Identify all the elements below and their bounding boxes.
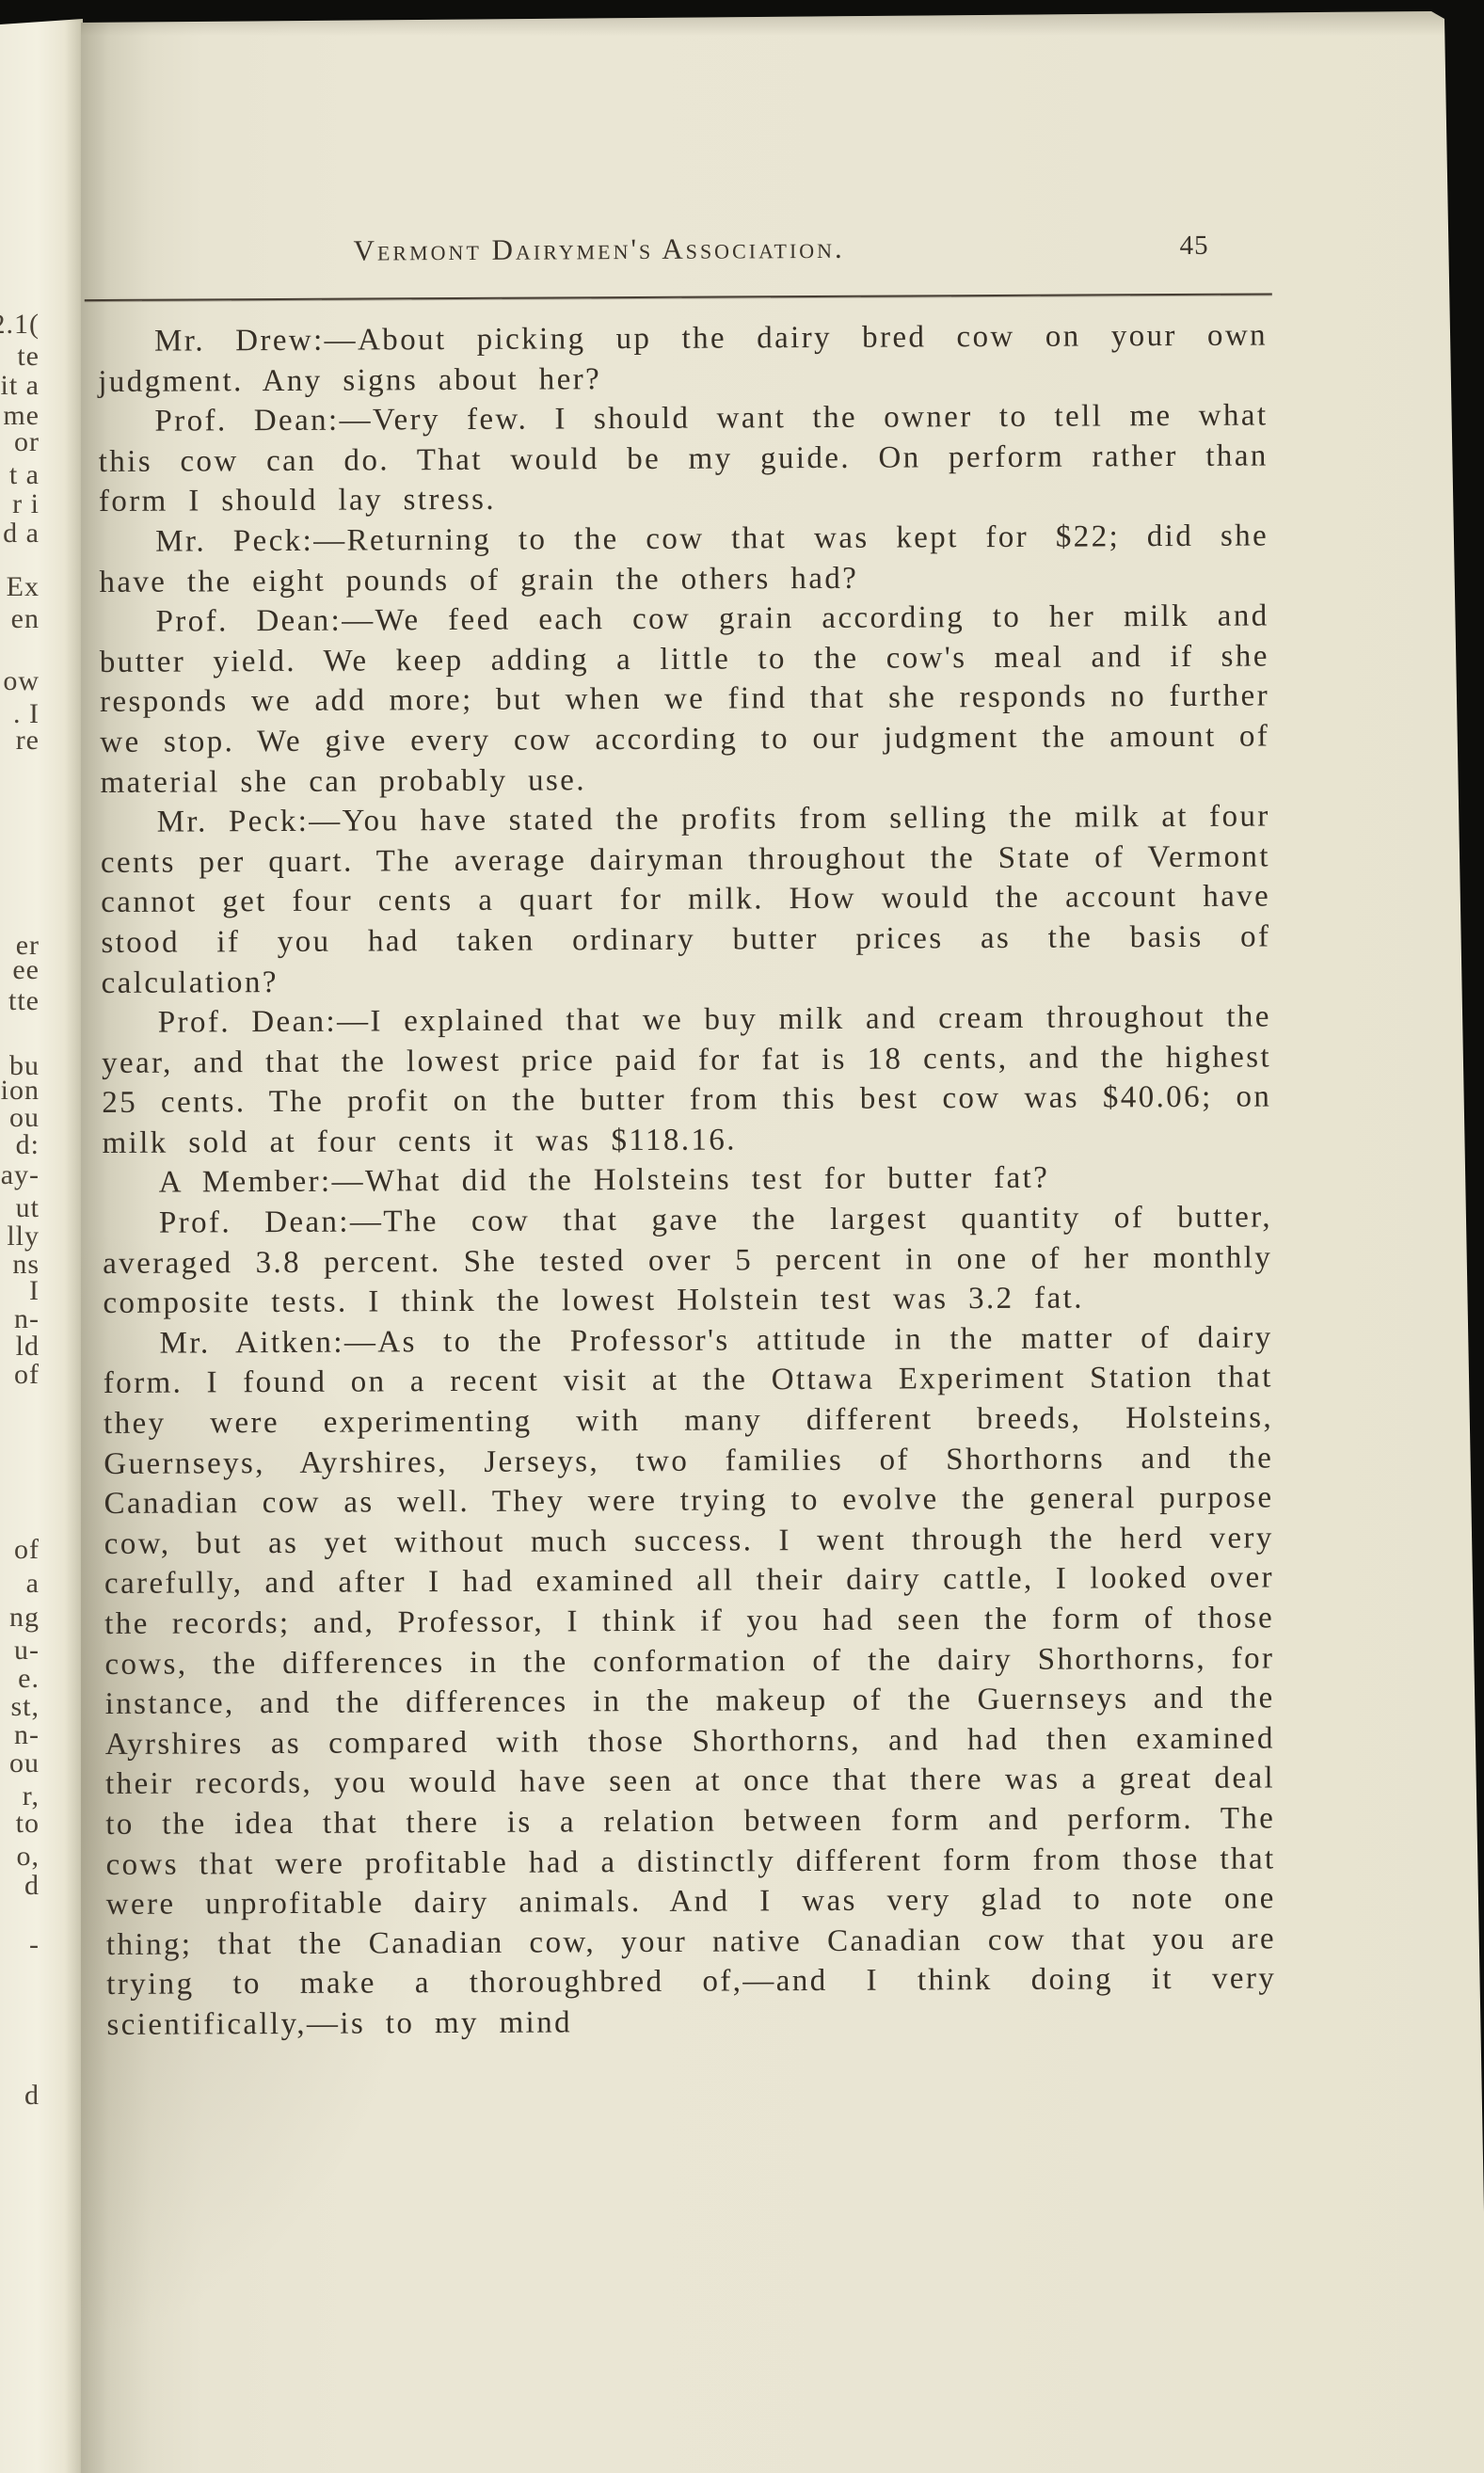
- gutter-fragment: ow: [3, 665, 40, 697]
- page-body: Mr. Drew:—About picking up the dairy bre…: [98, 315, 1277, 2045]
- gutter-fragment: en: [11, 603, 40, 635]
- gutter-fragment: te: [17, 341, 40, 373]
- gutter-fragment: d:: [16, 1129, 40, 1161]
- gutter-fragment: re: [16, 725, 40, 757]
- header-rule: [85, 293, 1272, 301]
- gutter-fragment: n-: [14, 1719, 40, 1751]
- gutter-fragment: d a: [3, 518, 40, 550]
- paragraph: Prof. Dean:—The cow that gave the larges…: [103, 1198, 1273, 1324]
- gutter-fragment: tte: [8, 985, 40, 1017]
- book-scan: { "page": { "header": { "title": "Vermon…: [0, 0, 1484, 2473]
- gutter-fragment: r i: [12, 488, 40, 520]
- book-page: Vermont Dairymen's Association. 45 Mr. D…: [81, 11, 1484, 2473]
- gutter-fragment: or: [14, 426, 40, 458]
- gutter-fragment: 2.1(: [0, 309, 40, 341]
- running-header-row: Vermont Dairymen's Association. 45: [97, 229, 1267, 273]
- gutter-fragment: t a: [9, 459, 40, 491]
- paragraph: Prof. Dean:—I explained that we buy milk…: [102, 997, 1272, 1164]
- page-number: 45: [1179, 231, 1208, 262]
- running-header-title: Vermont Dairymen's Association.: [353, 231, 844, 268]
- gutter-fragment: ee: [12, 954, 40, 986]
- gutter-fragment: ay-: [1, 1159, 40, 1191]
- facing-page-edge: 2.1(teit ameort ar id aExenow. Ireereett…: [0, 19, 83, 2473]
- gutter-fragment: of: [14, 1359, 40, 1391]
- gutter-fragment: d: [24, 2080, 40, 2112]
- gutter-fragment: ut: [16, 1192, 40, 1224]
- paragraph: Mr. Aitken:—As to the Professor's attitu…: [104, 1317, 1277, 2045]
- paragraph: Mr. Peck:—You have stated the profits fr…: [101, 797, 1271, 1003]
- gutter-fragment: lly: [7, 1221, 40, 1252]
- gutter-fragment: of: [14, 1534, 40, 1566]
- gutter-fragment: a: [26, 1568, 40, 1600]
- gutter-fragment: to: [16, 1808, 40, 1840]
- gutter-fragment: d: [24, 1870, 40, 1902]
- paragraph: Mr. Drew:—About picking up the dairy bre…: [98, 315, 1268, 402]
- gutter-fragment: I: [29, 1275, 40, 1307]
- paragraph: A Member:—What did the Holsteins test fo…: [103, 1157, 1272, 1204]
- gutter-fragment: u-: [14, 1635, 40, 1667]
- gutter-fragment: ld: [16, 1331, 40, 1363]
- gutter-fragment: -: [29, 1929, 40, 1961]
- gutter-fragment: e.: [18, 1663, 40, 1695]
- paragraph: Prof. Dean:—We feed each cow grain accor…: [100, 597, 1270, 803]
- paragraph: Prof. Dean:—Very few. I should want the …: [98, 396, 1269, 522]
- gutter-fragment: st,: [10, 1691, 40, 1723]
- gutter-fragment: Ex: [7, 571, 40, 603]
- page-content: Vermont Dairymen's Association. 45 Mr. D…: [96, 5, 1279, 2472]
- gutter-fragment: ng: [9, 1602, 40, 1634]
- gutter-fragment: it a: [1, 370, 40, 402]
- paragraph: Mr. Peck:—Returning to the cow that was …: [99, 516, 1269, 602]
- gutter-fragment: o,: [17, 1841, 40, 1873]
- gutter-fragment: ou: [9, 1747, 40, 1779]
